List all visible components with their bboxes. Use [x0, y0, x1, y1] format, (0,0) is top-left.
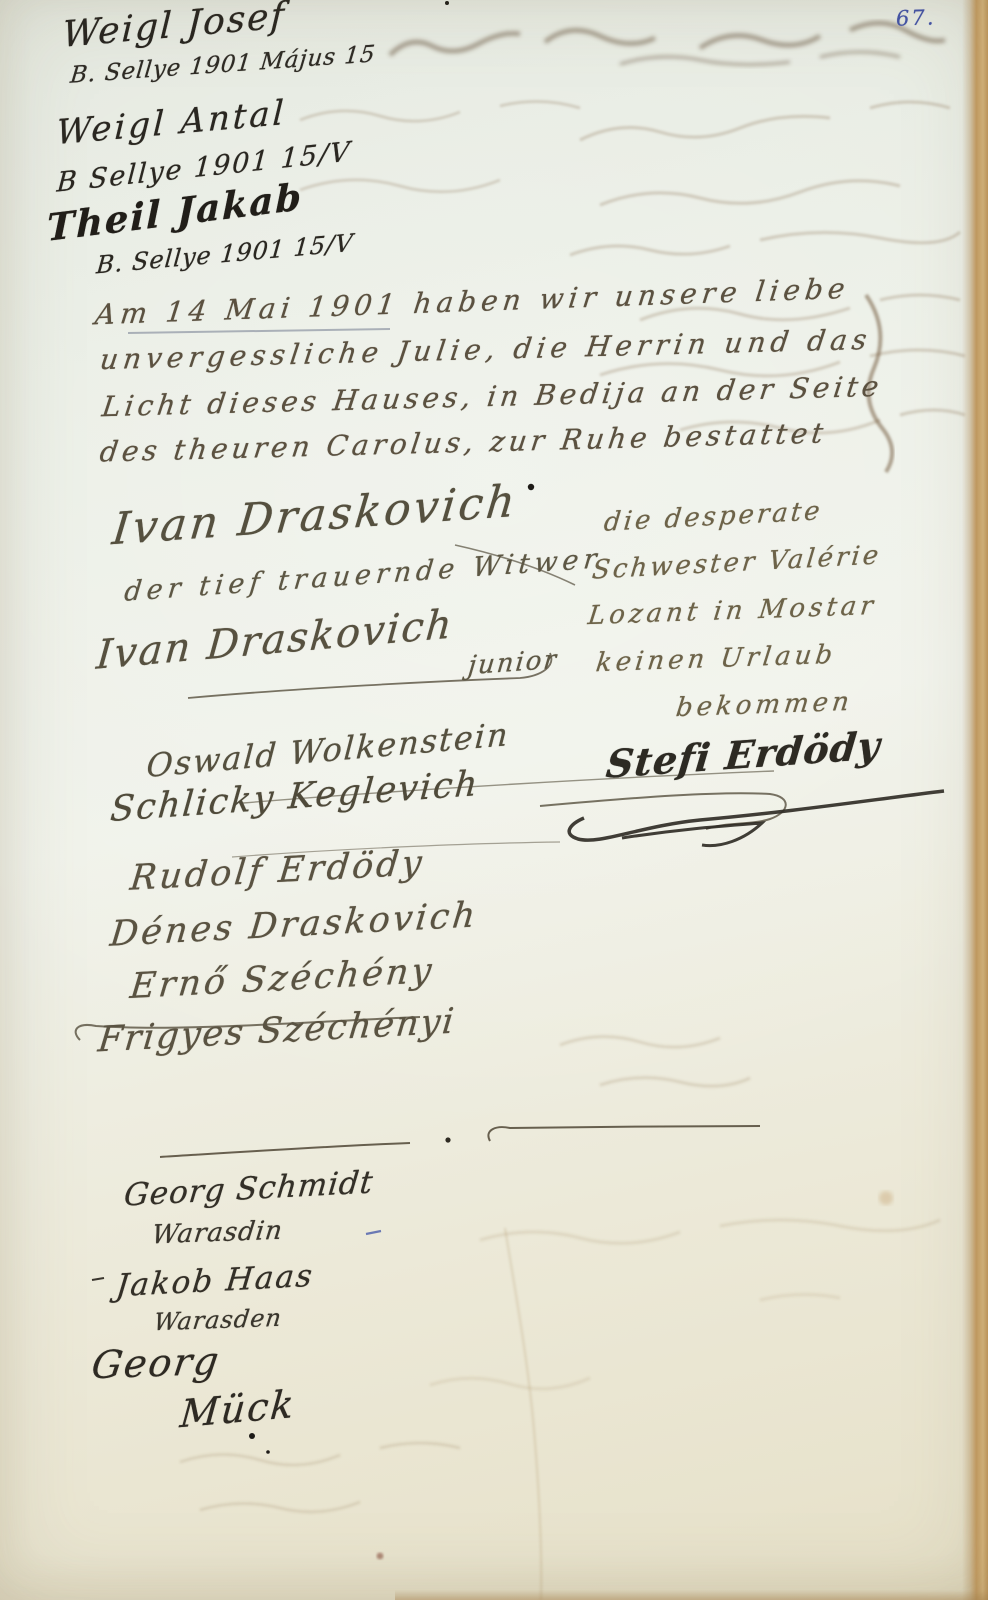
page-crease: [505, 1228, 541, 1600]
small-dash-mark: [92, 1278, 104, 1280]
foxing-spot: [879, 1191, 893, 1205]
entry-place-warasdin: Warasdin: [150, 1218, 284, 1249]
entry-name-georg: Georg: [89, 1342, 223, 1385]
condolence-note-line-5: bekommen: [674, 689, 854, 721]
page-number: 67.: [896, 7, 936, 29]
entry-name-muck: Mück: [179, 1385, 298, 1434]
ghost-bleed-through-top: [390, 23, 945, 65]
entry-place-warasden: Warasden: [153, 1306, 284, 1335]
separator-stroke-left: [160, 1143, 410, 1157]
scanned-register-page: 67. Weigl Josef B. Sellye 1901 Május 15 …: [0, 0, 988, 1600]
separator-stroke-right: [488, 1126, 760, 1141]
blue-dash-mark: [366, 1231, 381, 1234]
date-underline: [128, 329, 390, 333]
separator-dot: [445, 1137, 450, 1142]
signature-junior-suffix: junior: [467, 647, 559, 680]
book-page-edge-right: [962, 0, 988, 1600]
book-page-edge-bottom: [395, 1590, 988, 1600]
rust-spot: [377, 1553, 384, 1560]
